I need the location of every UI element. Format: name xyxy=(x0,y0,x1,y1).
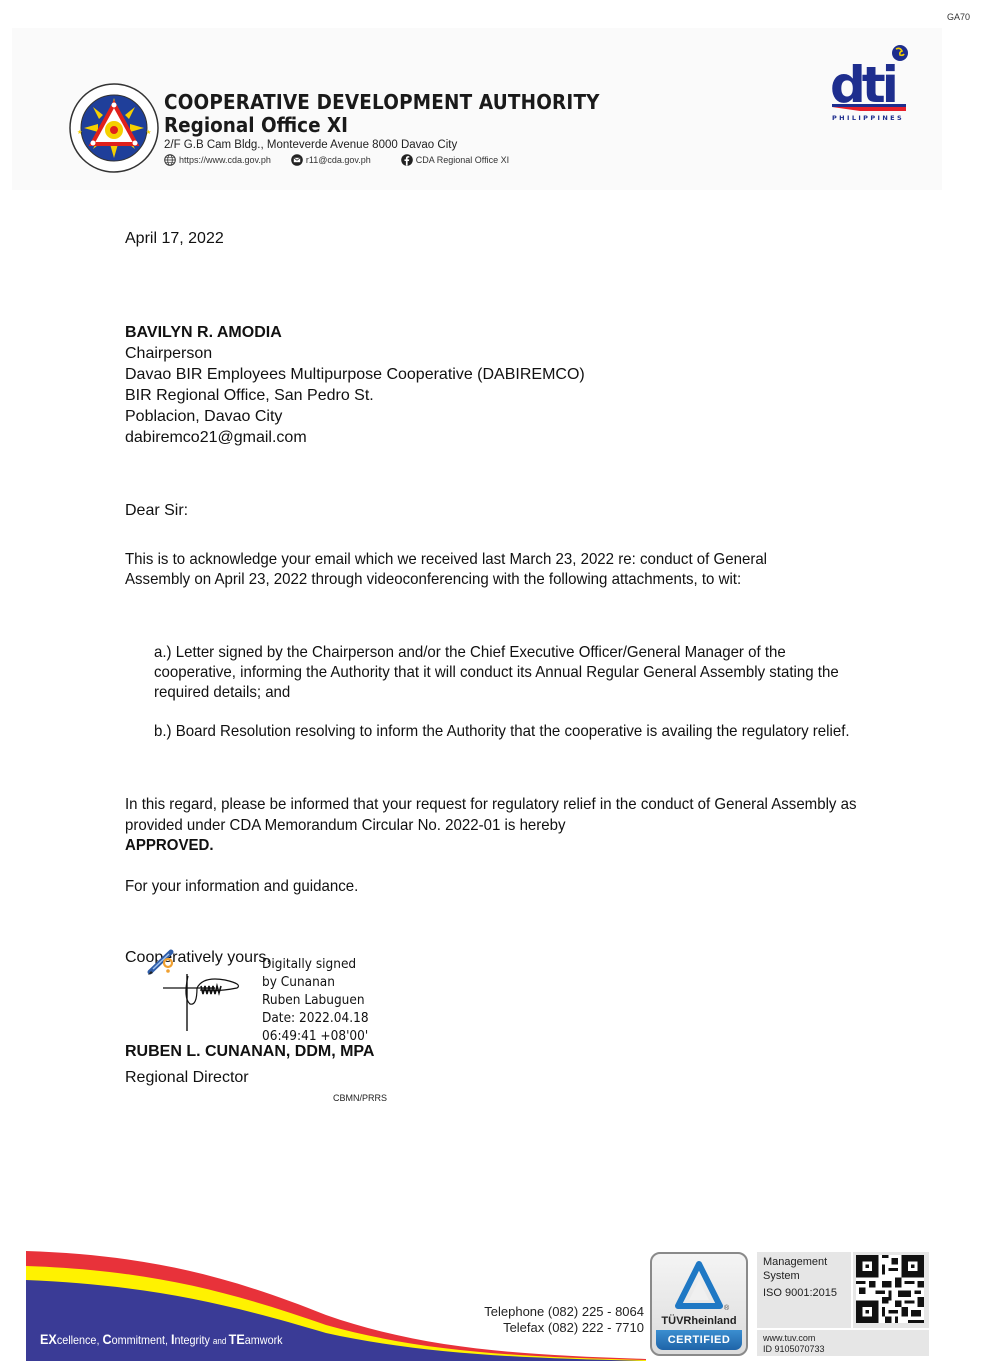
salutation: Dear Sir: xyxy=(125,500,188,521)
tuv-triangle-icon: ® xyxy=(652,1256,746,1316)
attachment-item-a: a.) Letter signed by the Chairperson and… xyxy=(154,643,850,703)
organization-name: COOPERATIVE DEVELOPMENT AUTHORITY xyxy=(164,90,600,114)
recipient-name: BAVILYN R. AMODIA xyxy=(125,322,585,343)
reference-initials: CBMN/PRRS xyxy=(333,1093,387,1103)
digital-signature-info: Digitally signed by Cunanan Ruben Labugu… xyxy=(262,955,369,1045)
recipient-email: dabiremco21@gmail.com xyxy=(125,427,585,448)
recipient-address-line-1: BIR Regional Office, San Pedro St. xyxy=(125,385,585,406)
iso-line: ISO 9001:2015 xyxy=(763,1286,837,1300)
tuv-certified-badge: ® TÜVRheinland CERTIFIED xyxy=(650,1252,748,1356)
footer-phone-numbers: Telephone (082) 225 - 8064 Telefax (082)… xyxy=(474,1304,644,1336)
facebook-link[interactable]: CDA Regional Office XI xyxy=(416,155,509,165)
motto-text: and xyxy=(213,1336,229,1346)
svg-text:PHILIPPINES: PHILIPPINES xyxy=(832,114,904,122)
iso-line: Management xyxy=(763,1255,837,1269)
footer-motto: EXcellence, Commitment, Integrity and TE… xyxy=(40,1331,283,1347)
motto-text: cellence, xyxy=(57,1333,103,1347)
tuv-reference: www.tuv.com ID 9105070733 xyxy=(763,1333,825,1355)
svg-text:★: ★ xyxy=(77,129,82,136)
iso-certification-panel: Management System ISO 9001:2015 www.tuv.… xyxy=(757,1252,929,1356)
divider xyxy=(851,1252,853,1328)
motto-cap: C xyxy=(102,1331,111,1347)
digital-signature-line: Date: 2022.04.18 xyxy=(262,1009,369,1027)
tuv-brand-name: TÜVRheinland xyxy=(652,1315,746,1327)
handwritten-signature[interactable] xyxy=(145,946,245,1036)
digital-signature-line: Ruben Labuguen xyxy=(262,991,369,1009)
tuv-website[interactable]: www.tuv.com xyxy=(763,1333,825,1344)
globe-icon xyxy=(164,154,176,166)
website-contact[interactable]: https://www.cda.gov.ph xyxy=(164,154,271,166)
svg-text:®: ® xyxy=(724,1304,730,1312)
svg-text:★: ★ xyxy=(146,129,151,136)
cda-seal-logo: ★ ★ xyxy=(68,82,160,174)
motto-text: ntegrity xyxy=(174,1333,212,1347)
iso-standard: Management System ISO 9001:2015 xyxy=(763,1255,837,1300)
office-address: 2/F G.B Cam Bldg., Monteverde Avenue 800… xyxy=(164,139,457,151)
motto-text: ommitment, xyxy=(112,1333,171,1347)
approval-status: APPROVED. xyxy=(125,837,214,855)
acknowledgement-paragraph: This is to acknowledge your email which … xyxy=(125,550,821,590)
pen-icon xyxy=(148,952,172,975)
email-icon xyxy=(291,154,303,166)
telefax-number: Telefax (082) 222 - 7710 xyxy=(474,1320,644,1336)
email-contact[interactable]: r11@cda.gov.ph xyxy=(291,154,371,166)
contact-bar: https://www.cda.gov.ph r11@cda.gov.ph CD… xyxy=(164,154,529,166)
recipient-address-line-2: Poblacion, Davao City xyxy=(125,406,585,427)
tuv-certificate-id: ID 9105070733 xyxy=(763,1344,825,1355)
signatory-title: Regional Director xyxy=(125,1069,249,1087)
digital-signature-line: Digitally signed xyxy=(262,955,369,973)
letter-date: April 17, 2022 xyxy=(125,228,224,249)
office-name: Regional Office XI xyxy=(164,113,348,137)
website-link[interactable]: https://www.cda.gov.ph xyxy=(179,155,271,165)
iso-line: System xyxy=(763,1269,837,1283)
signatory-name: RUBEN L. CUNANAN, DDM, MPA xyxy=(125,1043,374,1061)
email-link[interactable]: r11@cda.gov.ph xyxy=(306,155,371,165)
qr-code-icon[interactable] xyxy=(856,1255,924,1323)
facebook-icon xyxy=(401,154,413,166)
document-code: GA70 xyxy=(947,12,970,22)
attachment-item-b: b.) Board Resolution resolving to inform… xyxy=(154,722,850,742)
digital-signature-line: by Cunanan xyxy=(262,973,369,991)
divider xyxy=(757,1328,929,1330)
motto-text: amwork xyxy=(245,1333,283,1347)
guidance-paragraph: For your information and guidance. xyxy=(125,878,358,896)
motto-cap: EX xyxy=(40,1331,57,1347)
facebook-contact[interactable]: CDA Regional Office XI xyxy=(401,154,509,166)
telephone-number: Telephone (082) 225 - 8064 xyxy=(474,1304,644,1320)
dti-logo: dti PHILIPPINES xyxy=(830,44,910,122)
tuv-certified-label: CERTIFIED xyxy=(656,1330,742,1350)
recipient-block: BAVILYN R. AMODIA Chairperson Davao BIR … xyxy=(125,322,585,448)
motto-cap: TE xyxy=(229,1331,245,1347)
recipient-position: Chairperson xyxy=(125,343,585,364)
approval-paragraph: In this regard, please be informed that … xyxy=(125,794,858,836)
recipient-organization: Davao BIR Employees Multipurpose Coopera… xyxy=(125,364,585,385)
